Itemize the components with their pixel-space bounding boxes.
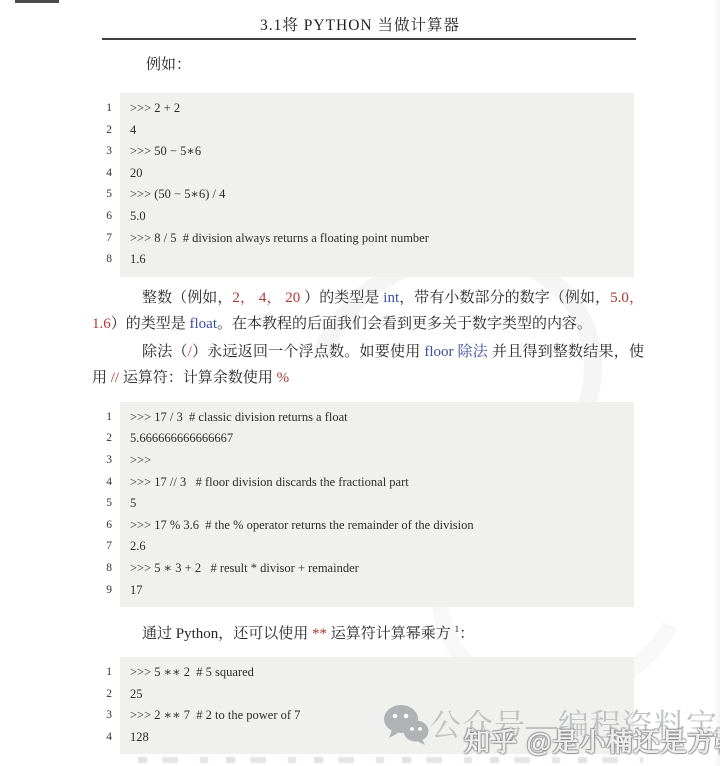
text-segment: 运算符：计算余数使用 <box>119 370 277 386</box>
code-line: 6 >>> 17 % 3.6 # the % operator returns … <box>92 515 634 537</box>
code-text: 5 <box>112 493 634 515</box>
code-line: 1 >>> 5 ∗∗ 2 # 5 squared <box>92 662 634 684</box>
code-line: 2 4 <box>92 120 634 142</box>
scan-edge-shade <box>714 0 720 766</box>
line-number: 7 <box>92 228 112 250</box>
line-number: 3 <box>92 450 112 472</box>
code-text: 25 <box>112 684 634 706</box>
line-number: 7 <box>92 536 112 558</box>
line-number: 3 <box>92 141 112 163</box>
text-segment: % <box>277 370 290 386</box>
code-text: >>> 8 / 5 # division always returns a fl… <box>112 228 634 250</box>
text-segment: 除法（ <box>142 344 188 360</box>
code-line: 9 17 <box>92 580 634 602</box>
cutoff-next-line <box>138 757 643 763</box>
code-text: >>> 2 ∗∗ 7 # 2 to the power of 7 <box>112 705 634 727</box>
paragraph-power: 通过 Python，还可以使用 ** 运算符计算幂乘方 1： <box>92 617 644 647</box>
line-number: 9 <box>92 580 112 602</box>
code-text: 20 <box>112 163 634 185</box>
code-line: 1 >>> 2 + 2 <box>92 98 634 120</box>
paragraph-number-types: 整数（例如，2， 4， 20 ）的类型是 int，带有小数部分的数字（例如，5.… <box>92 285 644 337</box>
code-line: 4 20 <box>92 163 634 185</box>
line-number: 4 <box>92 472 112 494</box>
code-text: 1.6 <box>112 249 634 271</box>
line-number: 4 <box>92 727 112 749</box>
text-segment: ）的类型是 <box>111 316 190 332</box>
line-number: 1 <box>92 662 112 684</box>
code-line: 4 >>> 17 // 3 # floor division discards … <box>92 472 634 494</box>
code-line: 7 >>> 8 / 5 # division always returns a … <box>92 228 634 250</box>
line-number: 3 <box>92 705 112 727</box>
code-block-division: 1 >>> 17 / 3 # classic division returns … <box>92 402 634 607</box>
code-text: 5.0 <box>112 206 634 228</box>
code-line: 3 >>> 50 − 5∗6 <box>92 141 634 163</box>
code-line: 5 5 <box>92 493 634 515</box>
code-text: 2.6 <box>112 536 634 558</box>
line-number: 8 <box>92 249 112 271</box>
text-segment: ** <box>312 626 327 642</box>
code-text: >>> 17 / 3 # classic division returns a … <box>112 407 634 429</box>
line-number: 1 <box>92 407 112 429</box>
code-block-power: 1 >>> 5 ∗∗ 2 # 5 squared 2 25 3 >>> 2 ∗∗… <box>92 657 634 754</box>
paragraph-division: 除法（/）永远返回一个浮点数。如要使用 floor 除法 并且得到整数结果，使用… <box>92 339 644 391</box>
code-text: >>> 5 ∗ 3 + 2 # result * divisor + remai… <box>112 558 634 580</box>
line-number: 4 <box>92 163 112 185</box>
code-text: >>> 17 // 3 # floor division discards th… <box>112 472 634 494</box>
line-number: 6 <box>92 515 112 537</box>
code-text: 128 <box>112 727 634 749</box>
line-number: 2 <box>92 684 112 706</box>
text-segment: floor 除法 <box>424 344 488 360</box>
text-segment: ，带有小数部分的数字（例如， <box>399 290 610 306</box>
line-number: 1 <box>92 98 112 120</box>
line-number: 8 <box>92 558 112 580</box>
line-number: 2 <box>92 120 112 142</box>
code-text: >>> 5 ∗∗ 2 # 5 squared <box>112 662 634 684</box>
line-number: 5 <box>92 184 112 206</box>
text-segment: ）永远返回一个浮点数。如要使用 <box>192 344 425 360</box>
text-segment: 通过 Python，还可以使用 <box>142 626 312 642</box>
code-line: 3 >>> 2 ∗∗ 7 # 2 to the power of 7 <box>92 705 634 727</box>
text-segment: ： <box>459 626 474 642</box>
line-number: 5 <box>92 493 112 515</box>
text-segment: 运算符计算幂乘方 <box>327 626 455 642</box>
intro-text: 例如： <box>146 53 720 74</box>
document-page: 3.1将 PYTHON 当做计算器 例如： 1 >>> 2 + 2 2 4 3 … <box>0 0 720 754</box>
code-text: 5.666666666666667 <box>112 428 634 450</box>
code-line: 4 128 <box>92 727 634 749</box>
code-text: 4 <box>112 120 634 142</box>
code-line: 6 5.0 <box>92 206 634 228</box>
text-segment: float <box>190 316 218 332</box>
text-segment: // <box>111 370 119 386</box>
title-rule <box>102 38 636 40</box>
code-text: >>> 2 + 2 <box>112 98 634 120</box>
code-text: >>> 17 % 3.6 # the % operator returns th… <box>112 515 634 537</box>
code-line: 3 >>> <box>92 450 634 472</box>
code-text: 17 <box>112 580 634 602</box>
text-segment: int <box>383 290 399 306</box>
code-text: >>> (50 − 5∗6) / 4 <box>112 184 634 206</box>
text-segment: 整数（例如， <box>142 290 232 306</box>
code-line: 8 1.6 <box>92 249 634 271</box>
code-text: >>> 50 − 5∗6 <box>112 141 634 163</box>
line-number: 6 <box>92 206 112 228</box>
code-text: >>> <box>112 450 634 472</box>
line-number: 2 <box>92 428 112 450</box>
page-title: 3.1将 PYTHON 当做计算器 <box>0 0 720 35</box>
scan-artifact-line <box>15 0 59 3</box>
code-line: 2 25 <box>92 684 634 706</box>
text-segment: 。在本教程的后面我们会看到更多关于数字类型的内容。 <box>217 316 592 332</box>
code-line: 5 >>> (50 − 5∗6) / 4 <box>92 184 634 206</box>
text-segment: 2， 4， 20 <box>232 290 304 306</box>
code-block-arithmetic: 1 >>> 2 + 2 2 4 3 >>> 50 − 5∗6 4 20 5 >>… <box>92 93 634 277</box>
code-line: 8 >>> 5 ∗ 3 + 2 # result * divisor + rem… <box>92 558 634 580</box>
text-segment: ）的类型是 <box>304 290 383 306</box>
code-line: 1 >>> 17 / 3 # classic division returns … <box>92 407 634 429</box>
code-line: 2 5.666666666666667 <box>92 428 634 450</box>
code-line: 7 2.6 <box>92 536 634 558</box>
